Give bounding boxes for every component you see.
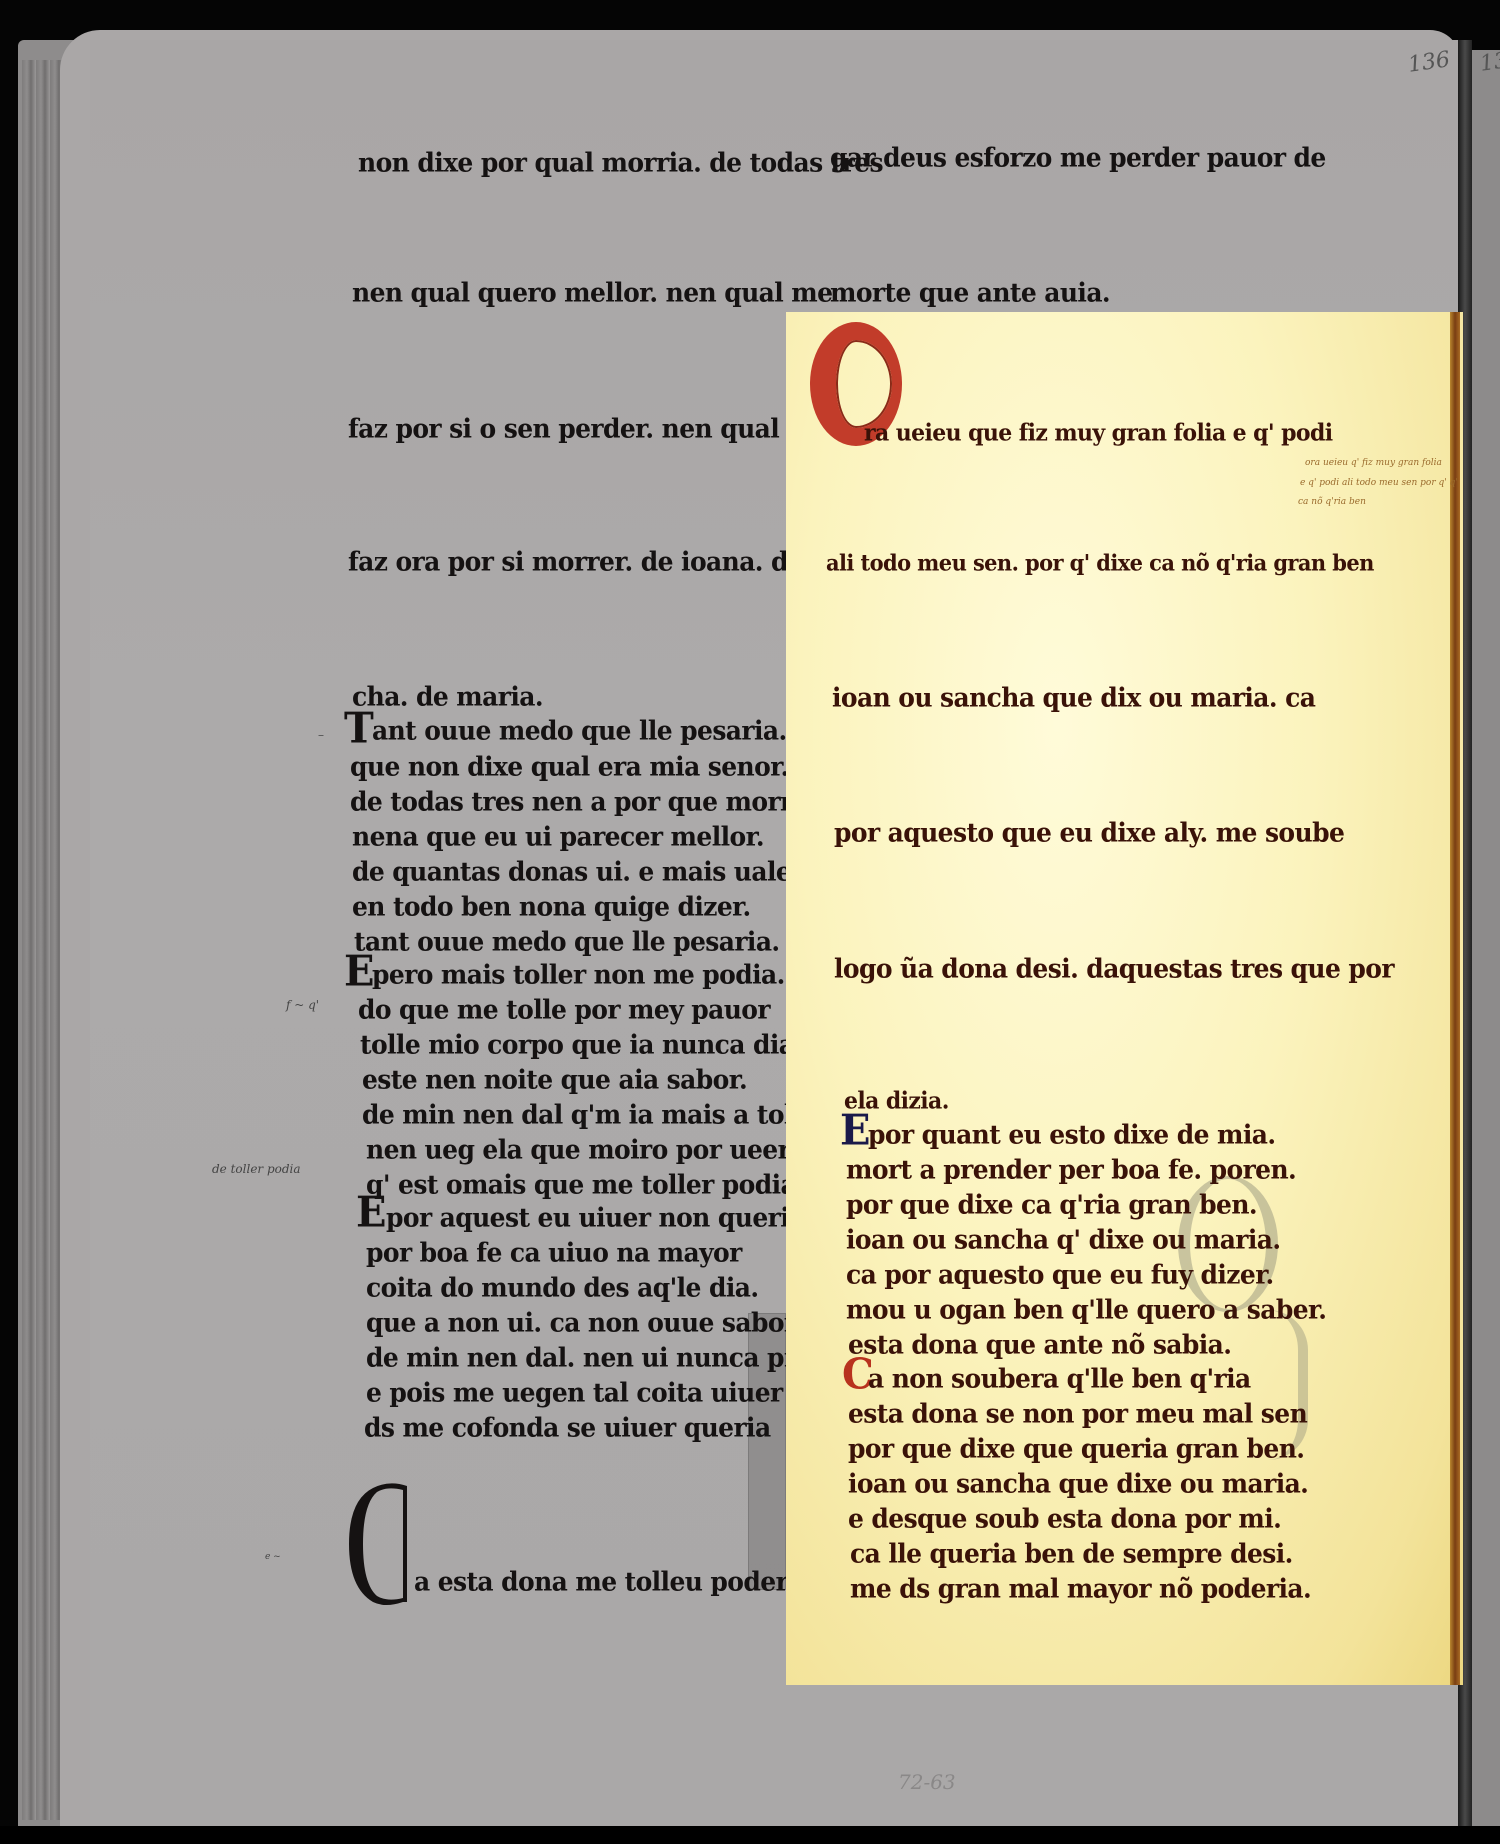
right-stanza2-line-4: ioan ou sancha que dixe ou maria.	[848, 1468, 1308, 1498]
left-stanza2-line-3: tolle mio corpo que ia nunca dia.	[360, 1029, 802, 1059]
left-line-5: cha. de maria.	[352, 681, 543, 711]
right-top-line-1: gar deus esforzo me perder pauor de	[830, 142, 1326, 172]
left-stanza1-line-5: de quantas donas ui. e mais ualer	[352, 856, 804, 886]
right-line-1: ra ueieu que fiz muy gran folia e q' pod…	[864, 419, 1333, 446]
margin-note-3: e ~	[265, 1552, 281, 1562]
left-stanza3-line-5: de min nen dal. nen ui nunca praz.	[366, 1342, 834, 1372]
right-stanza1-line-3: por que dixe ca q'ria gran ben.	[846, 1189, 1257, 1219]
left-stanza3-line-4: que a non ui. ca non ouue sabor	[366, 1307, 796, 1337]
right-margin-note-3: ca nõ q'ria ben	[1298, 497, 1366, 507]
left-line-4: faz ora por si morrer. de ioana. de san	[348, 546, 858, 576]
left-stanza1-line-2: que non dixe qual era mia senor.	[350, 751, 789, 781]
right-line-5: logo ũa dona desi. daquestas tres que po…	[834, 953, 1394, 983]
left-stanza2-line-2: do que me tolle por mey pauor	[358, 994, 770, 1024]
right-line-4: por aquesto que eu dixe aly. me soube	[834, 817, 1344, 847]
stanza-initial-e2: E	[356, 1195, 386, 1231]
left-line-3: faz por si o sen perder. nen qual me	[348, 413, 828, 443]
bottom-pencil-mark: 72-63	[898, 1770, 956, 1794]
margin-note-2: de toller podia	[212, 1162, 301, 1176]
right-top-line-2: morte que ante auia.	[830, 277, 1110, 307]
margin-note-1: f ~ q'	[286, 998, 319, 1012]
right-line-3: ioan ou sancha que dix ou maria. ca	[832, 682, 1315, 712]
bottom-shadow	[0, 1826, 1500, 1844]
left-stanza1-line-7: tant ouue medo que lle pesaria.	[354, 926, 780, 956]
right-stanza1-line-5: ca por aquesto que eu fuy dizer.	[846, 1259, 1274, 1289]
right-stanza2-line-5: e desque soub esta dona por mi.	[848, 1503, 1281, 1533]
right-line-2: ali todo meu sen. por q' dixe ca nõ q'ri…	[826, 549, 1374, 575]
left-stanza2-line-6: nen ueg ela que moiro por ueer.	[366, 1134, 796, 1164]
highlight-edge	[1450, 312, 1460, 1685]
stanza-initial-e: E	[344, 954, 374, 990]
folio-number-next: 13	[1478, 48, 1500, 77]
next-page-edge	[1472, 50, 1500, 1840]
left-stanza2-line-5: de min nen dal q'm ia mais a toller.	[362, 1099, 835, 1129]
right-stanza2-line-3: por que dixe que queria gran ben.	[848, 1433, 1304, 1463]
stanza-initial-t: T	[344, 711, 373, 747]
right-stanza1-line-6: mou u ogan ben q'lle quero a saber.	[846, 1294, 1326, 1324]
left-stanza2-line-1: pero mais toller non me podia.	[372, 959, 785, 989]
initial-c-icon	[345, 1478, 415, 1610]
right-stanza2-line-7: me ds gran mal mayor nõ poderia.	[850, 1573, 1311, 1603]
stanza-initial-e-blue: E	[840, 1113, 870, 1149]
left-stanza3-line-6: e pois me uegen tal coita uiuer	[366, 1377, 783, 1407]
left-line-1: non dixe por qual morria. de todas tres	[358, 147, 883, 177]
left-stanza1-line-4: nena que eu ui parecer mellor.	[352, 821, 764, 851]
left-stanza3-line-1: por aquest eu uiuer non queria.	[386, 1202, 813, 1232]
left-stanza3-line-2: por boa fe ca uiuo na mayor	[366, 1237, 742, 1267]
left-stanza1-line-1: ant ouue medo que lle pesaria.	[372, 715, 787, 745]
left-stanza3-line-3: coita do mundo des aq'le dia.	[366, 1272, 758, 1302]
right-margin-note-1: ora ueieu q' fiz muy gran folia	[1305, 458, 1442, 468]
right-stanza2-line-2: esta dona se non por meu mal sen	[848, 1398, 1307, 1428]
margin-mark: –	[318, 728, 324, 742]
right-stanza1-line-2: mort a prender per boa fe. poren.	[846, 1154, 1296, 1184]
right-stanza1-line-1: por quant eu esto dixe de mia.	[868, 1119, 1275, 1149]
right-stanza1-line-7: esta dona que ante nõ sabia.	[848, 1329, 1231, 1359]
left-stanza2-line-7: q' est omais que me toller podia	[366, 1169, 796, 1199]
left-stanza1-line-3: de todas tres nen a por que morria.	[350, 786, 825, 816]
left-stanza2-line-4: este nen noite que aia sabor.	[362, 1064, 747, 1094]
left-stanza3-line-7: ds me cofonda se uiuer queria	[364, 1412, 771, 1442]
right-stanza1-line-4: ioan ou sancha q' dixe ou maria.	[846, 1224, 1280, 1254]
left-stanza1-line-6: en todo ben nona quige dizer.	[352, 891, 751, 921]
right-stanza2-line-1: a non soubera q'lle ben q'ria	[868, 1363, 1251, 1393]
right-margin-note-2: e q' podi ali todo meu sen por q' q'	[1300, 478, 1458, 488]
left-line-2: nen qual quero mellor. nen qual me	[352, 277, 832, 307]
right-stanza2-line-6: ca lle queria ben de sempre desi.	[850, 1538, 1293, 1568]
